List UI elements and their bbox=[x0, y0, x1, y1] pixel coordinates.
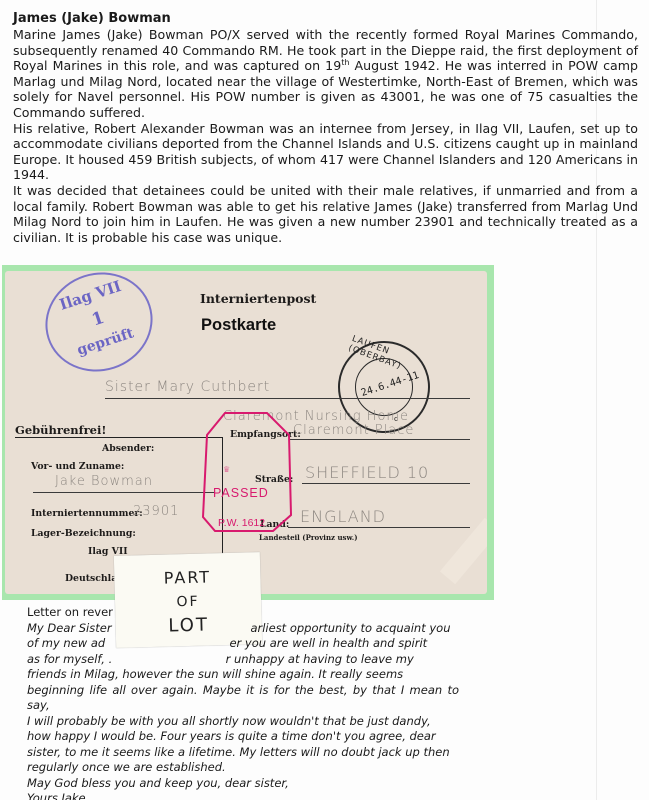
fee-free-label: Gebührenfrei! bbox=[15, 423, 106, 437]
crown-icon: ♛ bbox=[223, 465, 230, 474]
letter-line: regularly once we are established. bbox=[27, 760, 459, 776]
censor-stamp-outline bbox=[201, 411, 293, 533]
internee-number: 23901 bbox=[133, 504, 179, 519]
letter-line: sister, to me it seems like a lifetime. … bbox=[27, 745, 459, 761]
letter-line: how happy I would be. Four years is quit… bbox=[27, 729, 459, 745]
article-paragraph-1: Marine James (Jake) Bowman PO/X served w… bbox=[13, 27, 638, 121]
letter-line: beginning life all over again. Maybe it … bbox=[27, 683, 459, 714]
letter-line: I will probably be with you all shortly … bbox=[27, 714, 459, 730]
recipient-street: SHEFFIELD 10 bbox=[305, 463, 429, 482]
letter-line: of my new ad er you are well in health a… bbox=[27, 636, 459, 652]
article-paragraph-3: It was decided that detainees could be u… bbox=[13, 183, 638, 245]
recipient-country: ENGLAND bbox=[300, 507, 386, 526]
landesteil-label: Landesteil (Provinz usw.) bbox=[259, 533, 358, 542]
letter-line: friends in Milag, however the sun will s… bbox=[27, 667, 459, 683]
absender-label: Absender: bbox=[102, 443, 154, 454]
postcard-image: Ilag VII 1 geprüft Interniertenpost Post… bbox=[5, 271, 487, 594]
letter-line: as for myself, . r unhappy at having to … bbox=[27, 652, 459, 668]
letter-line: My Dear Sister arliest opportunity to ac… bbox=[27, 621, 459, 637]
sender-name: Jake Bowman bbox=[55, 474, 153, 489]
recipient-name: Sister Mary Cuthbert bbox=[105, 379, 270, 395]
card-header-postkarte: Postkarte bbox=[201, 316, 276, 335]
letter-heading: Letter on rever bbox=[27, 605, 459, 621]
camp-censor-stamp: Ilag VII 1 geprüft bbox=[33, 271, 166, 385]
letter-line: May God bless you and keep you, dear sis… bbox=[27, 776, 459, 792]
camp-label: Lager-Bezeichnung: bbox=[31, 528, 136, 539]
article-paragraph-2: His relative, Robert Alexander Bowman wa… bbox=[13, 121, 638, 183]
article-title: James (Jake) Bowman bbox=[13, 10, 638, 27]
letter-transcription: Letter on rever My Dear Sister arliest o… bbox=[27, 605, 459, 800]
internee-number-label: Interniertennummer: bbox=[31, 508, 143, 519]
recipient-place: Claremont Place bbox=[293, 423, 414, 438]
letter-signature: Yours Jake bbox=[27, 791, 459, 800]
censor-passed-text: PASSED bbox=[213, 486, 269, 500]
censor-number-text: P.W. 1612 bbox=[218, 517, 265, 529]
article: James (Jake) Bowman Marine James (Jake) … bbox=[13, 10, 638, 245]
card-header-interniertenpost: Interniertenpost bbox=[200, 291, 316, 306]
name-label: Vor- und Zuname: bbox=[31, 461, 124, 472]
